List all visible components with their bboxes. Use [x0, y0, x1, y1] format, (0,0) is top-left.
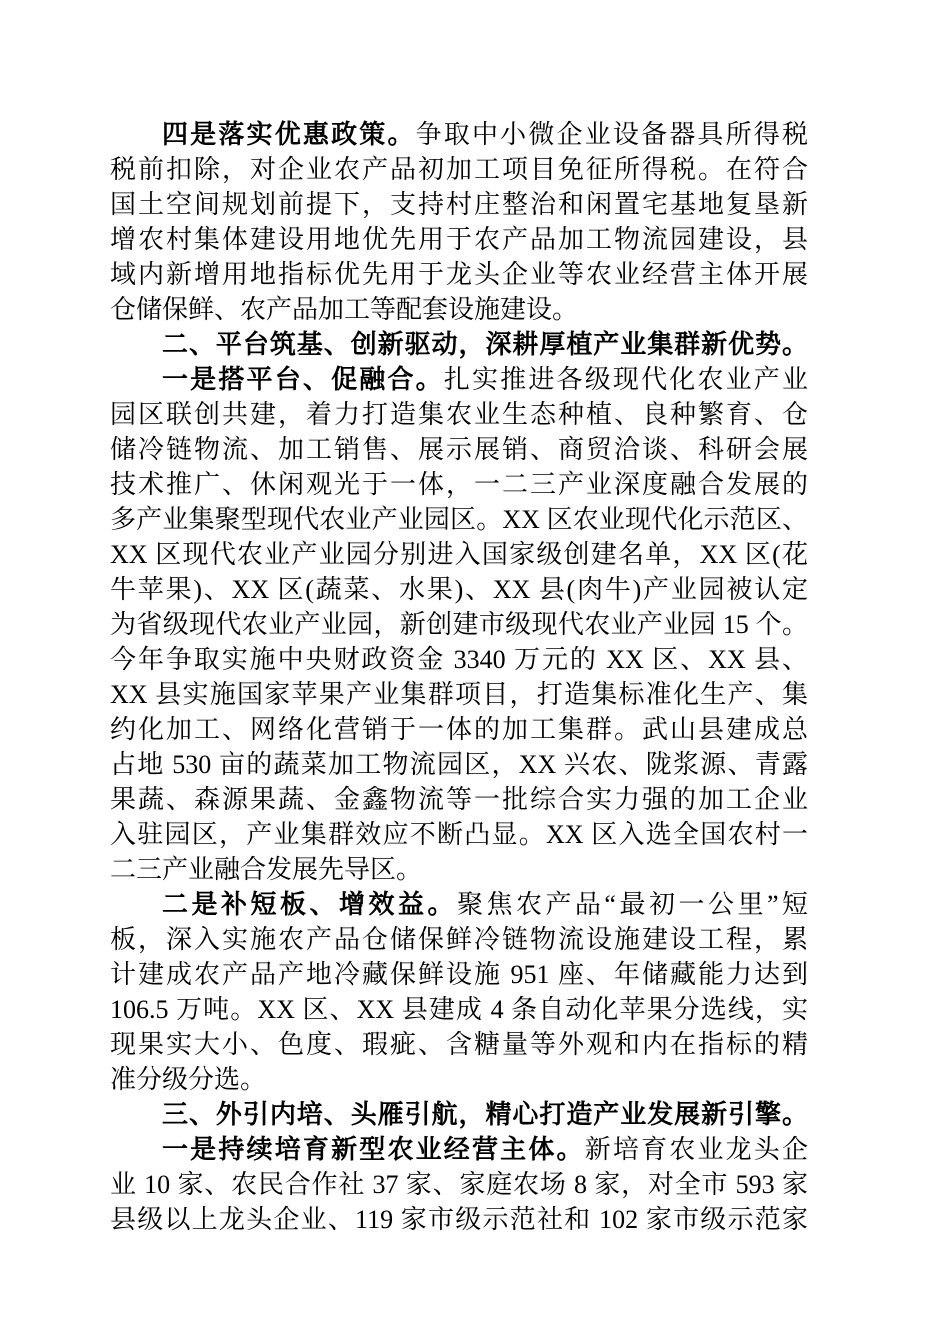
lead-emphasis-text: 四是落实优惠政策。: [162, 120, 416, 149]
paragraph-section-heading-3: 三、外引内培、头雁引航，精心打造产业发展新引擎。: [110, 1097, 808, 1132]
text-line: 现果实大小、色度、瑕疵、含糖量等外观和内在指标的精: [110, 1027, 808, 1062]
text-line: 板，深入实施农产品仓储保鲜冷链物流设施建设工程，累: [110, 922, 808, 957]
body-text: 争取中小微企业设备器具所得税: [416, 120, 808, 149]
body-text: 今年争取实施中央财政资金 3340 万元的 XX 区、XX 县、: [110, 645, 808, 674]
body-text: 占地 530 亩的蔬菜加工物流园区，XX 兴农、陇浆源、青露: [110, 750, 808, 779]
text-line: 二是补短板、增效益。聚焦农产品“最初一公里”短: [110, 887, 808, 922]
paragraph-point-two-shortboard: 二是补短板、增效益。聚焦农产品“最初一公里”短 板，深入实施农产品仓储保鲜冷链物…: [110, 887, 808, 1097]
body-text: 约化加工、网络化营销于一体的加工集群。武山县建成总: [110, 715, 808, 744]
text-line: 增农村集体建设用地优先用于农产品加工物流园建设，县: [110, 222, 808, 257]
heading-text: 二、平台筑基、创新驱动，深耕厚植产业集群新优势。: [162, 329, 808, 359]
body-text: 域内新增用地指标优先用于龙头企业等农业经营主体开展: [110, 260, 808, 289]
body-text: 扎实推进各级现代化农业产业: [444, 365, 808, 394]
body-text: 增农村集体建设用地优先用于农产品加工物流园建设，县: [110, 225, 808, 254]
text-line: 牛苹果)、XX 区(蔬菜、水果)、XX 县(肉牛)产业园被认定: [110, 572, 808, 607]
paragraph-point-one-cultivate: 一是持续培育新型农业经营主体。新培育农业龙头企 业 10 家、农民合作社 37 …: [110, 1132, 808, 1237]
paragraph-point-one-platform: 一是搭平台、促融合。扎实推进各级现代化农业产业 园区联创共建，着力打造集农业生态…: [110, 362, 808, 887]
body-text: 果蔬、森源果蔬、金鑫物流等一批综合实力强的加工企业: [110, 785, 808, 814]
body-text: 业 10 家、农民合作社 37 家、家庭农场 8 家，对全市 593 家: [110, 1170, 808, 1199]
paragraph-section-heading-2: 二、平台筑基、创新驱动，深耕厚植产业集群新优势。: [110, 327, 808, 362]
heading-text: 三、外引内培、头雁引航，精心打造产业发展新引擎。: [162, 1099, 808, 1129]
text-line: 入驻园区，产业集群效应不断凸显。XX 区入选全国农村一: [110, 817, 808, 852]
text-line: 业 10 家、农民合作社 37 家、家庭农场 8 家，对全市 593 家: [110, 1167, 808, 1202]
body-text: 国土空间规划前提下，支持村庄整治和闲置宅基地复垦新: [110, 190, 808, 219]
body-text: 园区联创共建，着力打造集农业生态种植、良种繁育、仓: [110, 400, 808, 429]
section-heading-3: 三、外引内培、头雁引航，精心打造产业发展新引擎。: [110, 1097, 808, 1132]
body-text: 储冷链物流、加工销售、展示展销、商贸洽谈、科研会展: [110, 435, 808, 464]
document-page: 四是落实优惠政策。争取中小微企业设备器具所得税 税前扣除，对企业农产品初加工项目…: [0, 0, 950, 1344]
text-line: 四是落实优惠政策。争取中小微企业设备器具所得税: [110, 117, 808, 152]
document-body: 四是落实优惠政策。争取中小微企业设备器具所得税 税前扣除，对企业农产品初加工项目…: [110, 117, 808, 1237]
lead-emphasis-text: 一是搭平台、促融合。: [162, 365, 444, 394]
body-text: 聚焦农产品“最初一公里”短: [457, 890, 808, 919]
body-text: 现果实大小、色度、瑕疵、含糖量等外观和内在指标的精: [110, 1030, 808, 1059]
body-text: 仓储保鲜、农产品加工等配套设施建设。: [110, 295, 578, 324]
text-line: 一是搭平台、促融合。扎实推进各级现代化农业产业: [110, 362, 808, 397]
text-line: 106.5 万吨。XX 区、XX 县建成 4 条自动化苹果分选线，实: [110, 992, 808, 1027]
text-line: 域内新增用地指标优先用于龙头企业等农业经营主体开展: [110, 257, 808, 292]
text-line: 为省级现代农业产业园，新创建市级现代农业产业园 15 个。: [110, 607, 808, 642]
body-text: 板，深入实施农产品仓储保鲜冷链物流设施建设工程，累: [110, 925, 808, 954]
text-line: 技术推广、休闲观光于一体，一二三产业深度融合发展的: [110, 467, 808, 502]
body-text: 为省级现代农业产业园，新创建市级现代农业产业园 15 个。: [110, 610, 808, 639]
paragraph-point-four-policies: 四是落实优惠政策。争取中小微企业设备器具所得税 税前扣除，对企业农产品初加工项目…: [110, 117, 808, 327]
text-line: 二三产业融合发展先导区。: [110, 852, 808, 887]
text-line: 占地 530 亩的蔬菜加工物流园区，XX 兴农、陇浆源、青露: [110, 747, 808, 782]
body-text: 二三产业融合发展先导区。: [110, 855, 422, 884]
text-line: 储冷链物流、加工销售、展示展销、商贸洽谈、科研会展: [110, 432, 808, 467]
text-line: 果蔬、森源果蔬、金鑫物流等一批综合实力强的加工企业: [110, 782, 808, 817]
text-line: 准分级分选。: [110, 1062, 808, 1097]
text-line: 约化加工、网络化营销于一体的加工集群。武山县建成总: [110, 712, 808, 747]
body-text: 新培育农业龙头企: [585, 1135, 808, 1164]
body-text: XX 县实施国家苹果产业集群项目，打造集标准化生产、集: [110, 680, 808, 709]
text-line: 计建成农产品产地冷藏保鲜设施 951 座、年储藏能力达到: [110, 957, 808, 992]
text-line: 国土空间规划前提下，支持村庄整治和闲置宅基地复垦新: [110, 187, 808, 222]
text-line: 税前扣除，对企业农产品初加工项目免征所得税。在符合: [110, 152, 808, 187]
body-text: 县级以上龙头企业、119 家市级示范社和 102 家市级示范家: [110, 1205, 808, 1234]
body-text: 106.5 万吨。XX 区、XX 县建成 4 条自动化苹果分选线，实: [110, 995, 808, 1024]
lead-emphasis-text: 一是持续培育新型农业经营主体。: [162, 1135, 585, 1164]
text-line: 今年争取实施中央财政资金 3340 万元的 XX 区、XX 县、: [110, 642, 808, 677]
lead-emphasis-text: 二是补短板、增效益。: [162, 890, 457, 919]
section-heading-2: 二、平台筑基、创新驱动，深耕厚植产业集群新优势。: [110, 327, 808, 362]
text-line: 一是持续培育新型农业经营主体。新培育农业龙头企: [110, 1132, 808, 1167]
text-line: 多产业集聚型现代农业产业园区。XX 区农业现代化示范区、: [110, 502, 808, 537]
body-text: 准分级分选。: [110, 1065, 266, 1094]
text-line: 仓储保鲜、农产品加工等配套设施建设。: [110, 292, 808, 327]
text-line: XX 县实施国家苹果产业集群项目，打造集标准化生产、集: [110, 677, 808, 712]
body-text: 多产业集聚型现代农业产业园区。XX 区农业现代化示范区、: [110, 505, 808, 534]
body-text: 入驻园区，产业集群效应不断凸显。XX 区入选全国农村一: [110, 820, 808, 849]
body-text: 技术推广、休闲观光于一体，一二三产业深度融合发展的: [110, 470, 808, 499]
body-text: 牛苹果)、XX 区(蔬菜、水果)、XX 县(肉牛)产业园被认定: [110, 575, 808, 604]
text-line: 县级以上龙头企业、119 家市级示范社和 102 家市级示范家: [110, 1202, 808, 1237]
body-text: 计建成农产品产地冷藏保鲜设施 951 座、年储藏能力达到: [110, 960, 808, 989]
text-line: XX 区现代农业产业园分别进入国家级创建名单，XX 区(花: [110, 537, 808, 572]
text-line: 园区联创共建，着力打造集农业生态种植、良种繁育、仓: [110, 397, 808, 432]
body-text: 税前扣除，对企业农产品初加工项目免征所得税。在符合: [110, 155, 808, 184]
body-text: XX 区现代农业产业园分别进入国家级创建名单，XX 区(花: [110, 540, 808, 569]
